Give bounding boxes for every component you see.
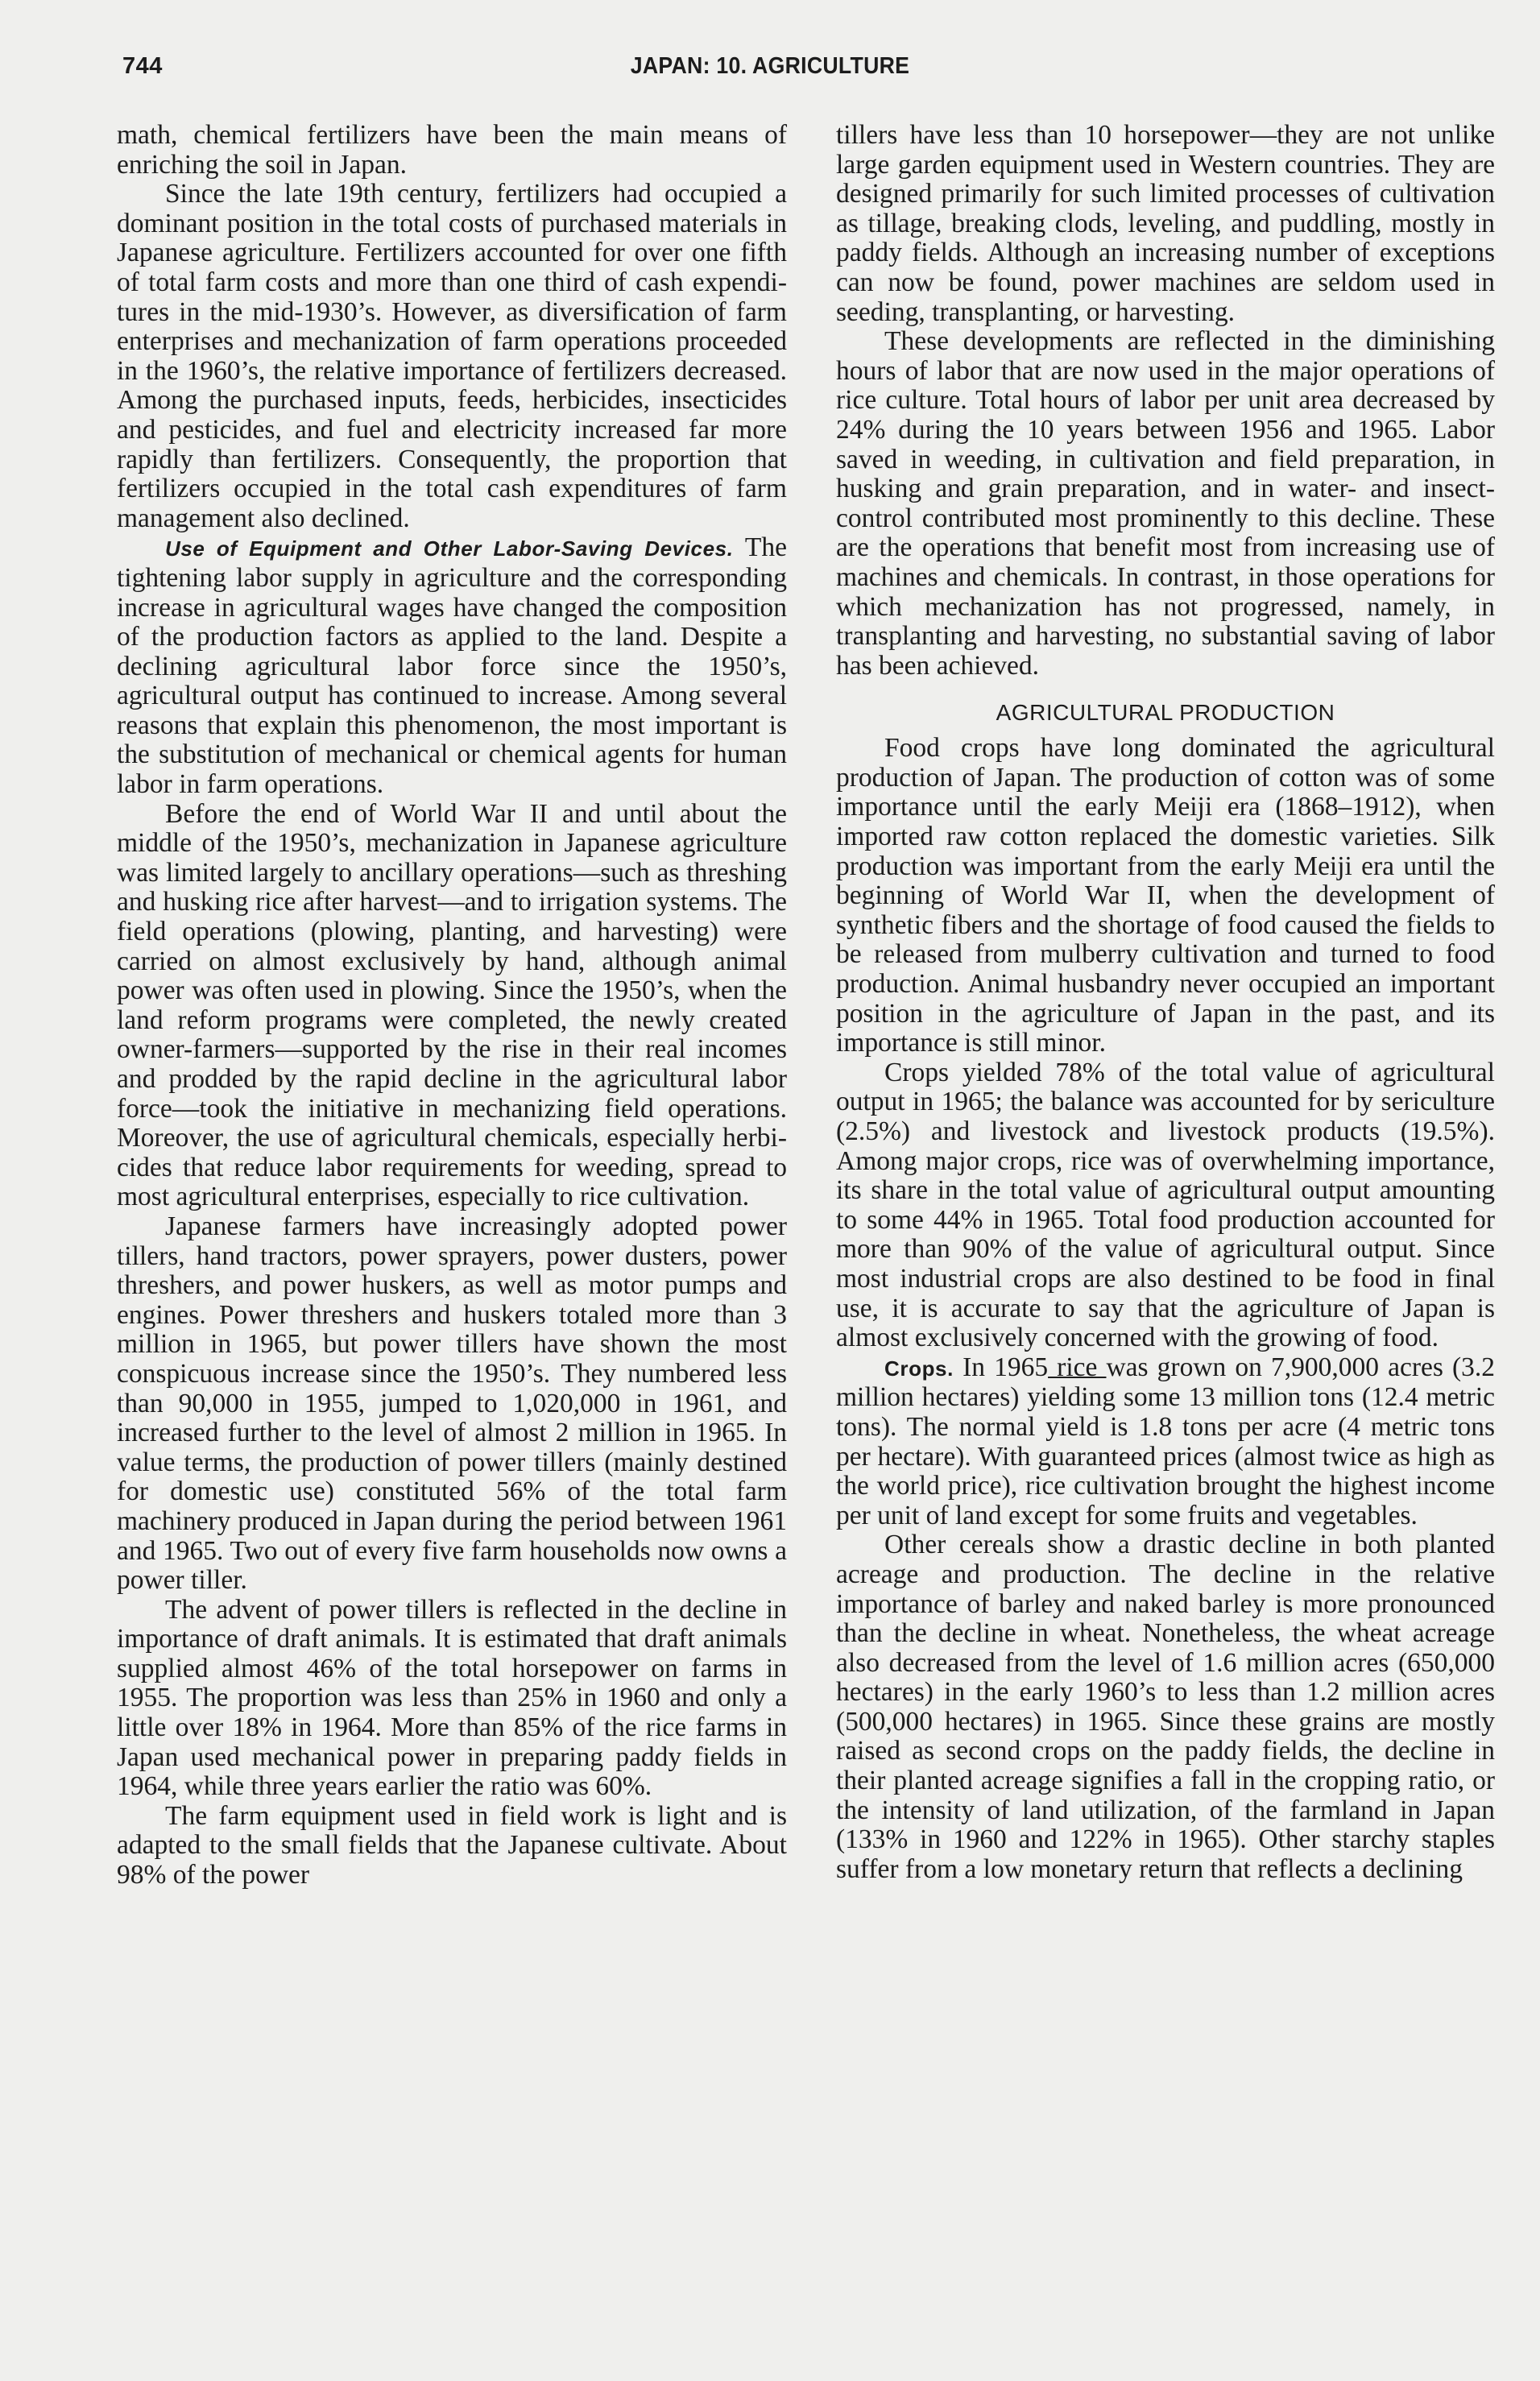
paragraph: Crops yielded 78% of the total value of … — [836, 1058, 1495, 1353]
paragraph: The advent of power tillers is reflected… — [117, 1596, 787, 1802]
right-column: tillers have less than 10 horsepower—the… — [836, 121, 1495, 1884]
page-header: 744 JAPAN: 10. AGRICULTURE — [0, 53, 1540, 85]
running-head: JAPAN: 10. AGRICULTURE — [61, 53, 1478, 80]
section-heading: AGRICULTURAL PRODUCTION — [836, 698, 1495, 727]
paragraph: Since the late 19th century, fertilizers… — [117, 180, 787, 533]
paragraph-text: The tightening labor supply in agricultu… — [117, 532, 787, 799]
paragraph: tillers have less than 10 horsepower—the… — [836, 121, 1495, 327]
paragraph: The farm equipment used in field work is… — [117, 1802, 787, 1890]
paragraph: These developments are reflected in the … — [836, 327, 1495, 681]
paragraph-text: In 1965 — [962, 1352, 1048, 1382]
run-in-heading: Crops. — [884, 1356, 954, 1381]
underlined-text: rice — [1048, 1352, 1106, 1382]
paragraph: Use of Equipment and Other Labor-Saving … — [117, 533, 787, 799]
left-column: math, chemical fertilizers have been the… — [117, 121, 787, 1890]
paragraph: math, chemical fertilizers have been the… — [117, 121, 787, 180]
run-in-heading: Use of Equipment and Other Labor-Saving … — [165, 536, 734, 561]
paragraph: Japanese farmers have increasingly adopt… — [117, 1212, 787, 1596]
paragraph: Before the end of World War II and until… — [117, 800, 787, 1212]
paragraph: Food crops have long dominated the agric… — [836, 734, 1495, 1058]
paragraph: Crops. In 1965 rice was grown on 7,900,0… — [836, 1353, 1495, 1531]
paragraph: Other cereals show a drastic decline in … — [836, 1530, 1495, 1884]
